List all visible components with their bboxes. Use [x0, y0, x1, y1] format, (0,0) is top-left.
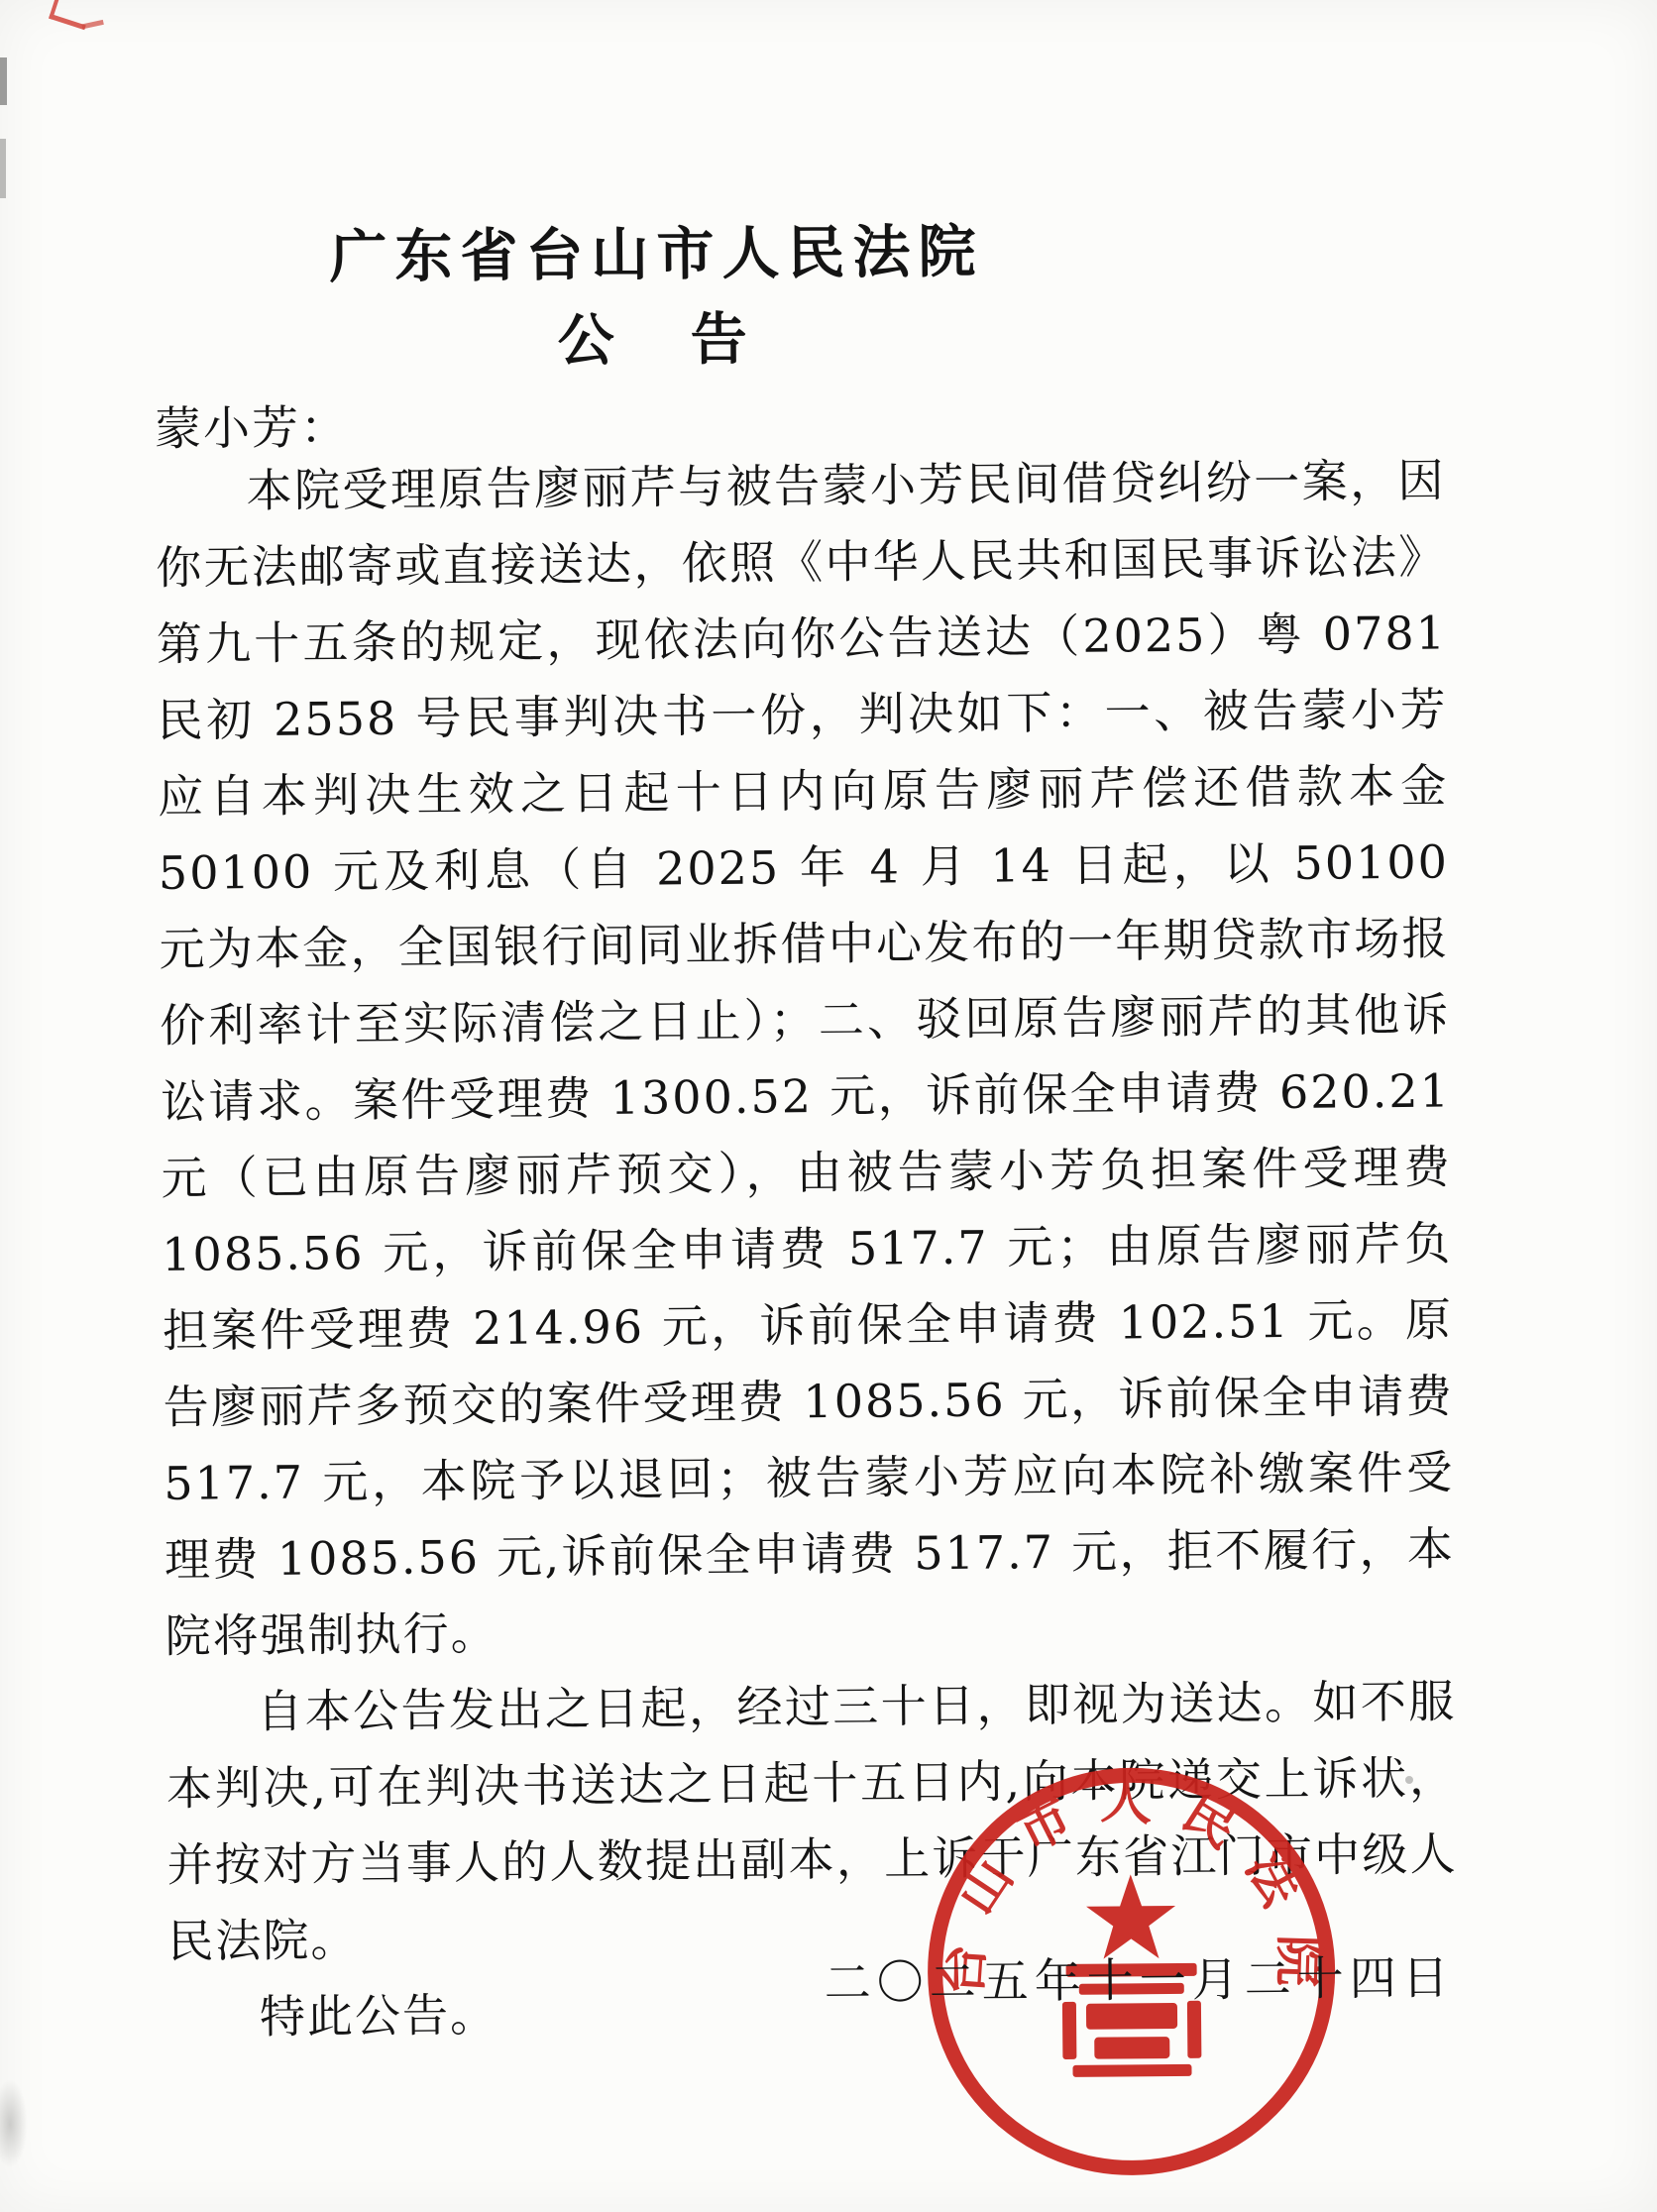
- recipient-name: 蒙小芳：: [155, 390, 350, 459]
- notice-title: 公 告: [0, 289, 1322, 383]
- issue-date: 二〇二五年十一月二十四日: [824, 1941, 1455, 2014]
- court-name: 广东省台山市人民法院: [0, 202, 1321, 297]
- document-page: 广东省台山市人民法院 公 告 蒙小芳： 本院受理原告廖丽芹与被告蒙小芳民间借贷纠…: [0, 0, 1657, 2212]
- notice-content: 广东省台山市人民法院 公 告 蒙小芳： 本院受理原告廖丽芹与被告蒙小芳民间借贷纠…: [0, 0, 1657, 2212]
- paragraph-judgment: 本院受理原告廖丽芹与被告蒙小芳民间借贷纠纷一案，因你无法邮寄或直接送达，依照《中…: [155, 443, 1456, 1675]
